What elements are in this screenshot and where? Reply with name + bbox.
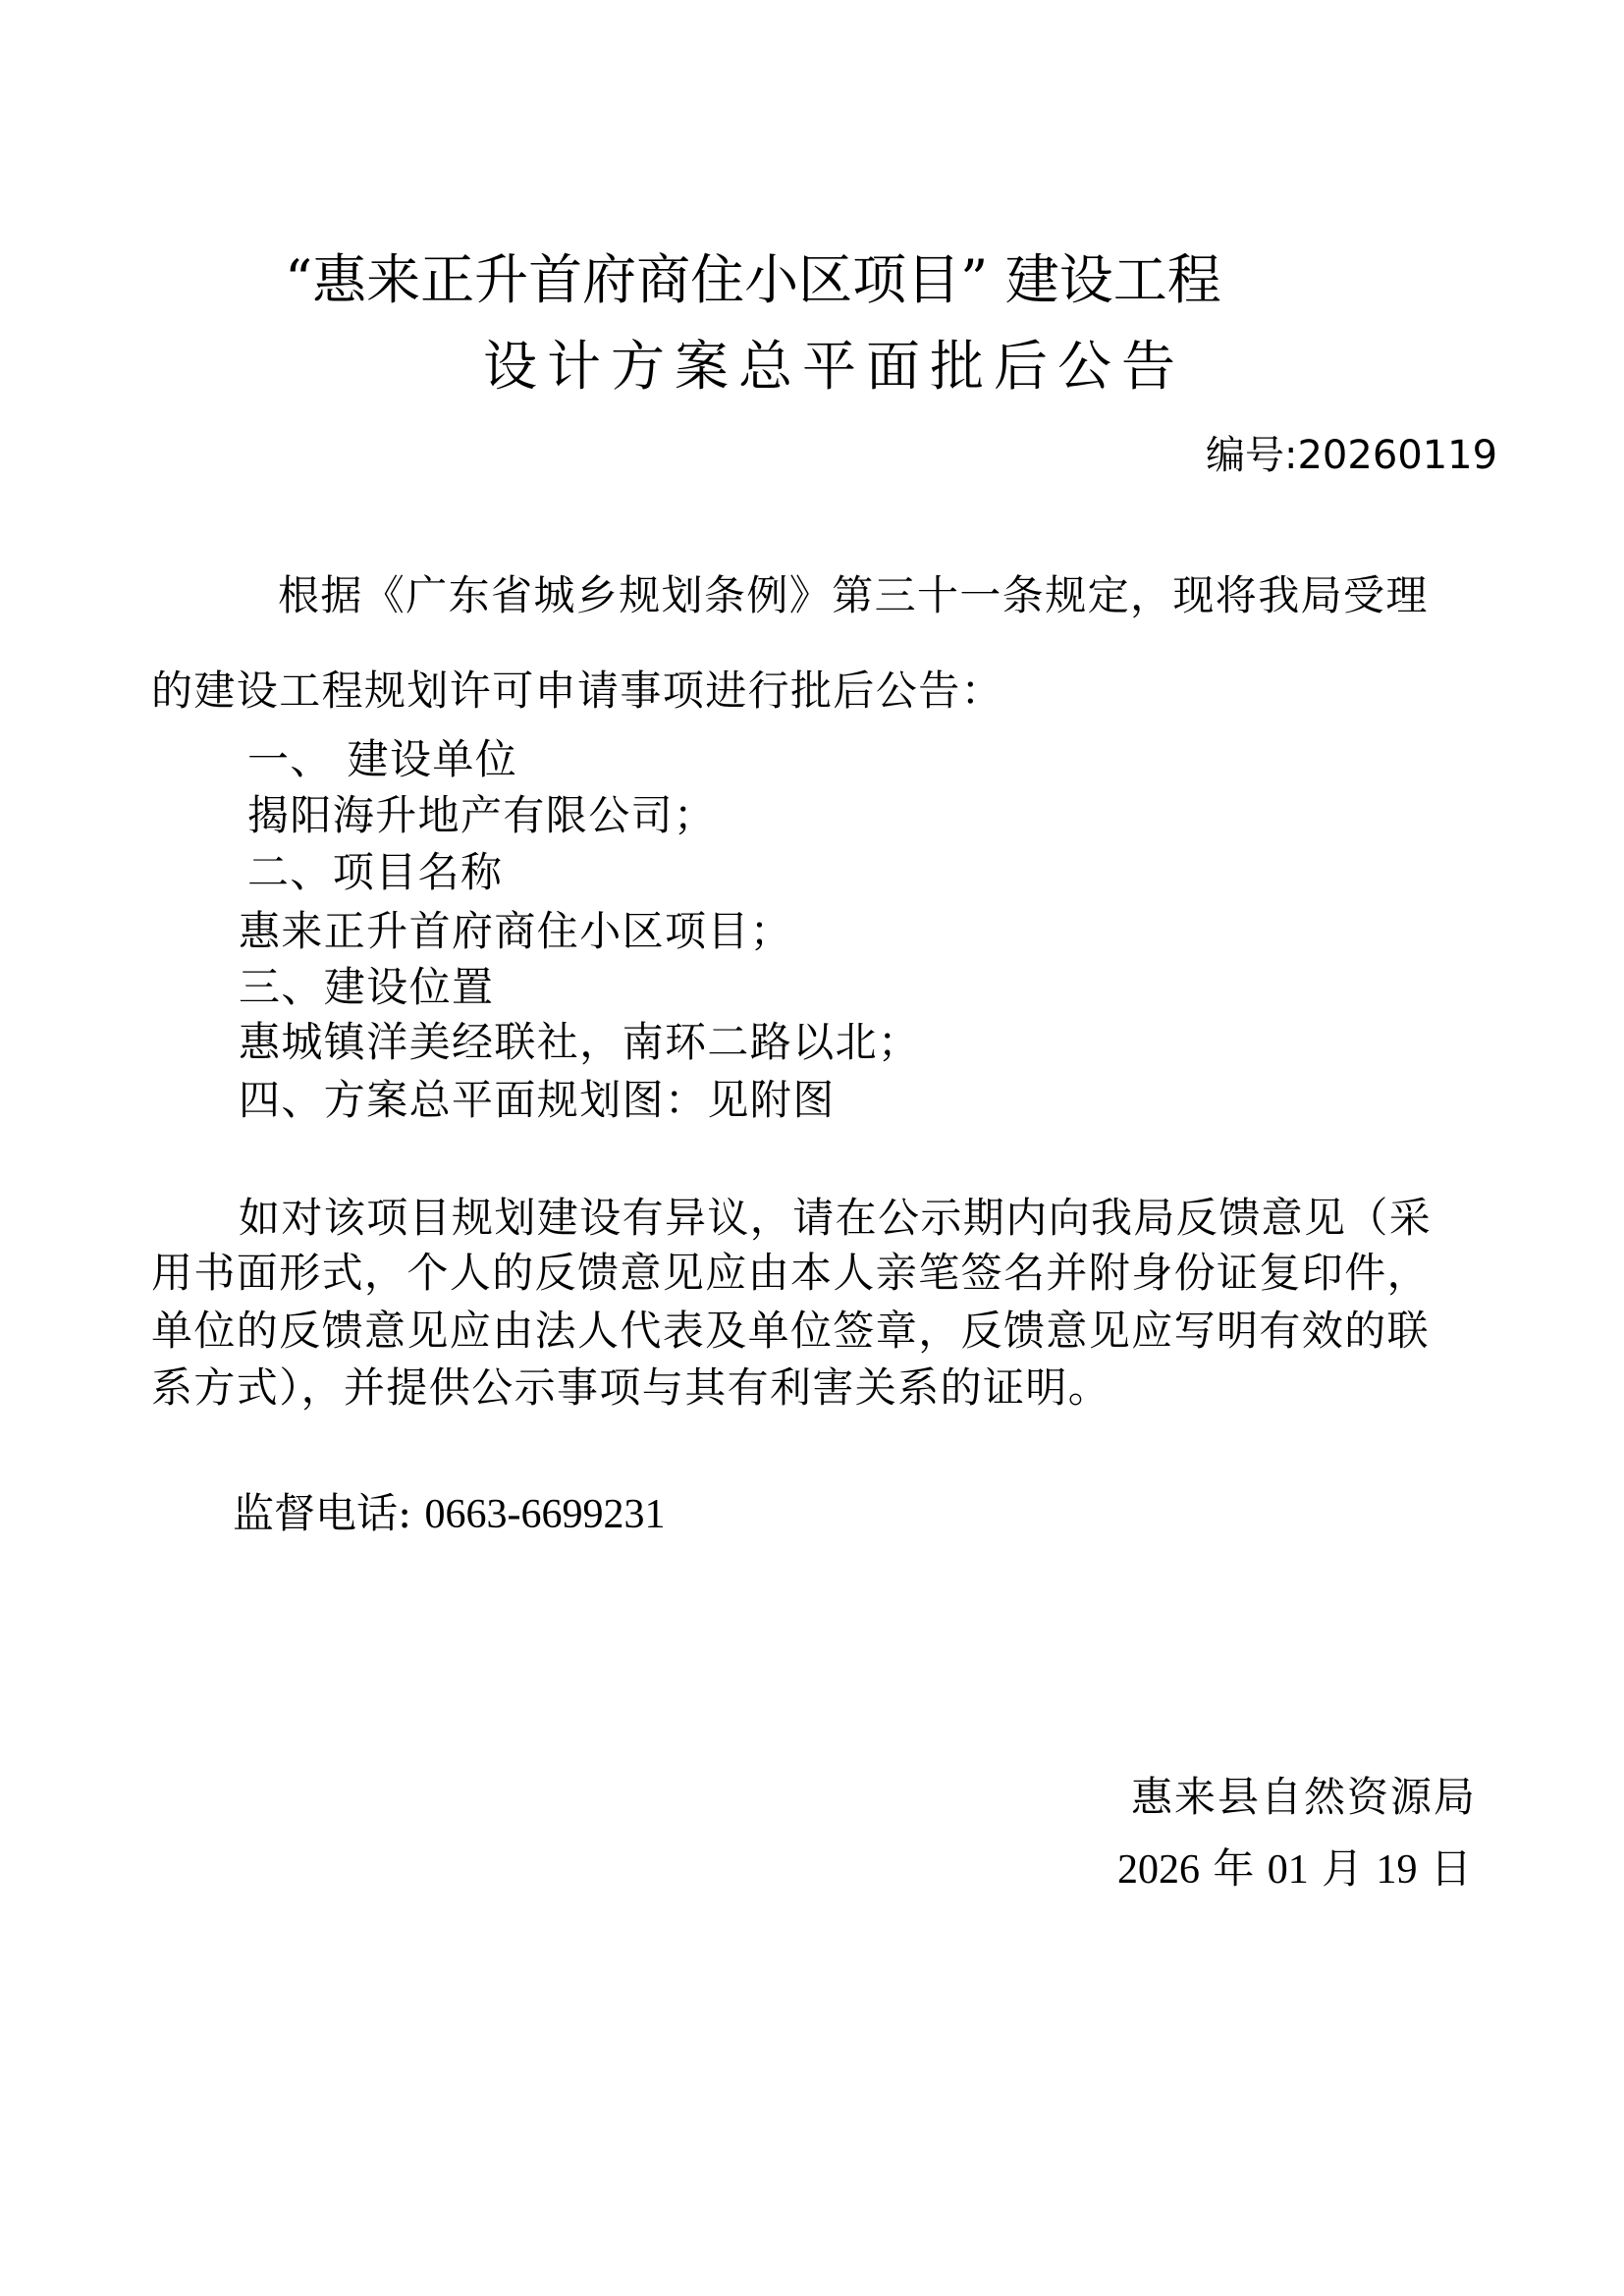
objection-line-2: 用书面形式，个人的反馈意见应由本人亲笔签名并附身份证复印件， <box>151 1253 1430 1294</box>
document-page: “惠来正升首府商住小区项目” 建设工程 设计方案总平面批后公告 编号:20260… <box>0 0 1624 2296</box>
contact-separator: : <box>398 1489 425 1537</box>
objection-line-3: 单位的反馈意见应由法人代表及单位签章，反馈意见应写明有效的联 <box>151 1310 1430 1352</box>
item-3-heading: 三、建设位置 <box>239 967 494 1008</box>
intro-line-2: 的建设工程规划许可申请事项进行批后公告： <box>151 670 1003 712</box>
date-day: 19 <box>1376 1847 1417 1893</box>
contact-phone: 监督电话: 0663-6699231 <box>233 1493 666 1535</box>
item-2-value: 惠来正升首府商住小区项目； <box>239 911 792 952</box>
date-month-unit: 月 <box>1322 1844 1363 1893</box>
document-number: 编号:20260119 <box>1206 436 1497 475</box>
contact-phone-number: 0663-6699231 <box>425 1492 666 1537</box>
document-number-value: 20260119 <box>1297 433 1497 478</box>
signature-organization: 惠来县自然资源局 <box>1131 1777 1477 1818</box>
contact-label: 监督电话 <box>233 1489 398 1537</box>
item-1-value: 揭阳海升地产有限公司； <box>247 795 716 836</box>
objection-line-4: 系方式），并提供公示事项与其有利害关系的证明。 <box>151 1367 1110 1409</box>
date-year: 2026 <box>1117 1847 1200 1893</box>
title-line-1: “惠来正升首府商住小区项目” 建设工程 <box>285 253 1221 307</box>
objection-line-1: 如对该项目规划建设有异议，请在公示期内向我局反馈意见（采 <box>239 1198 1432 1239</box>
date-year-unit: 年 <box>1213 1844 1254 1893</box>
item-2-heading: 二、项目名称 <box>247 852 503 893</box>
date-month: 01 <box>1268 1847 1309 1893</box>
document-number-separator: : <box>1284 433 1297 478</box>
title-line-2: 设计方案总平面批后公告 <box>483 340 1185 394</box>
document-number-label: 编号 <box>1206 433 1284 478</box>
item-3-value: 惠城镇洋美经联社，南环二路以北； <box>239 1022 920 1063</box>
item-4-heading: 四、方案总平面规划图：见附图 <box>239 1080 836 1121</box>
item-1-heading: 一、 建设单位 <box>247 739 517 780</box>
date-day-unit: 日 <box>1431 1844 1472 1893</box>
signature-date: 2026 年 01 月 19 日 <box>1117 1848 1472 1891</box>
intro-line-1: 根据《广东省城乡规划条例》第三十一条规定，现将我局受理 <box>278 575 1429 616</box>
